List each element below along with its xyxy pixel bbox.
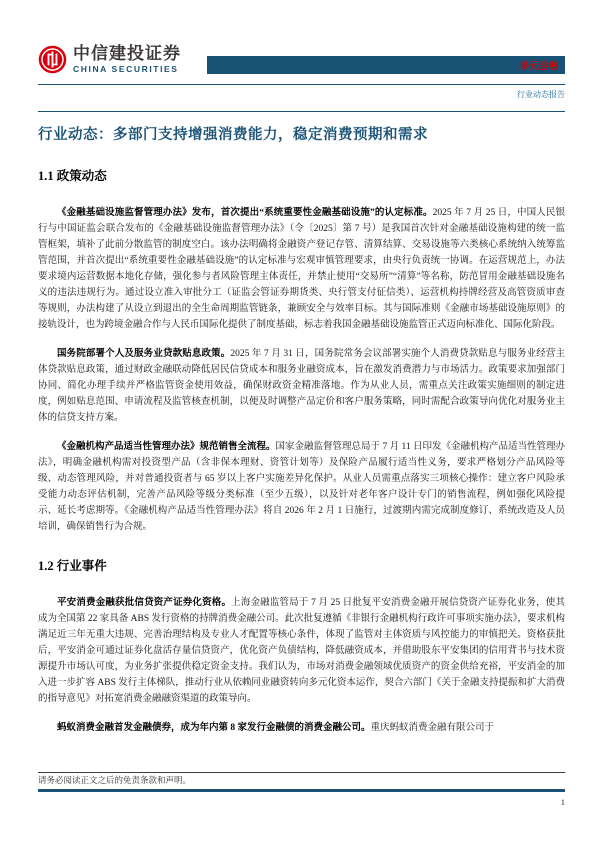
paragraph-body: 重庆蚂蚁消费金融有限公司于 <box>371 723 495 733</box>
paragraph-lead: 平安消费金融获批信贷资产证券化资格。 <box>57 598 231 608</box>
paragraph-event-2: 蚂蚁消费金融首发金融债券，成为年内第 8 家发行金融债的消费金融公司。重庆蚂蚁消… <box>38 720 565 736</box>
footer-disclaimer: 请务必阅读正文之后的免责条款和声明。 <box>38 775 565 786</box>
paragraph-policy-3: 《金融机构产品适当性管理办法》规范销售全流程。国家金融监督管理总局于 7 月 1… <box>38 439 565 535</box>
header-industry-bar: 多元金融 <box>207 56 565 74</box>
header-divider-top <box>38 84 565 85</box>
paragraph-lead: 国务院部署个人及服务业贷款贴息政策。 <box>57 349 230 359</box>
brand-name-en: CHINA SECURITIES <box>73 65 181 74</box>
paragraph-body: 上海金融监管局于 7 月 25 日批复平安消费金融开展信贷资产证券化业务，使其成… <box>38 598 565 704</box>
page-footer: 请务必阅读正文之后的免责条款和声明。 1 <box>38 772 565 807</box>
brand-logo: 中信建投证券 CHINA SECURITIES <box>38 45 181 74</box>
citic-securities-logo-icon <box>38 45 67 74</box>
brand-text: 中信建投证券 CHINA SECURITIES <box>73 45 181 74</box>
section-heading-1-2: 1.2 行业事件 <box>38 558 565 574</box>
paragraph-body: 2025 年 7 月 31 日，国务院常务会议部署实施个人消费贷款贴息与服务业经… <box>38 349 565 423</box>
section-heading-1-1: 1.1 政策动态 <box>38 168 565 184</box>
header-divider-bottom <box>38 111 565 112</box>
header: 中信建投证券 CHINA SECURITIES 多元金融 <box>38 45 565 77</box>
footer-divider-thin <box>38 772 565 773</box>
paragraph-policy-1: 《金融基础设施监督管理办法》发布，首次提出“系统重要性金融基础设施”的认定标准。… <box>38 205 565 333</box>
paragraph-body: 2025 年 7 月 25 日，中国人民银行与中国证监会联合发布的《金融基础设施… <box>38 208 565 330</box>
footer-divider-thick <box>38 789 565 792</box>
paragraph-policy-2: 国务院部署个人及服务业贷款贴息政策。2025 年 7 月 31 日，国务院常务会… <box>38 346 565 426</box>
paragraph-lead: 《金融基础设施监督管理办法》发布，首次提出“系统重要性金融基础设施”的认定标准。 <box>57 208 433 218</box>
report-title: 行业动态：多部门支持增强消费能力，稳定消费预期和需求 <box>38 125 565 145</box>
paragraph-event-1: 平安消费金融获批信贷资产证券化资格。上海金融监管局于 7 月 25 日批复平安消… <box>38 595 565 707</box>
paragraph-lead: 《金融机构产品适当性管理办法》规范销售全流程。 <box>57 442 276 452</box>
paragraph-lead: 蚂蚁消费金融首发金融债券，成为年内第 8 家发行金融债的消费金融公司。 <box>57 723 371 733</box>
industry-badge: 多元金融 <box>520 58 558 72</box>
report-type-label: 行业动态报告 <box>38 90 565 100</box>
page-number: 1 <box>38 797 565 807</box>
paragraph-body: 国家金融监督管理总局于 7 月 11 日印发《金融机构产品适当性管理办法》，明确… <box>38 442 565 532</box>
brand-name-cn: 中信建投证券 <box>73 45 181 62</box>
report-page: 中信建投证券 CHINA SECURITIES 多元金融 行业动态报告 行业动态… <box>0 0 595 842</box>
